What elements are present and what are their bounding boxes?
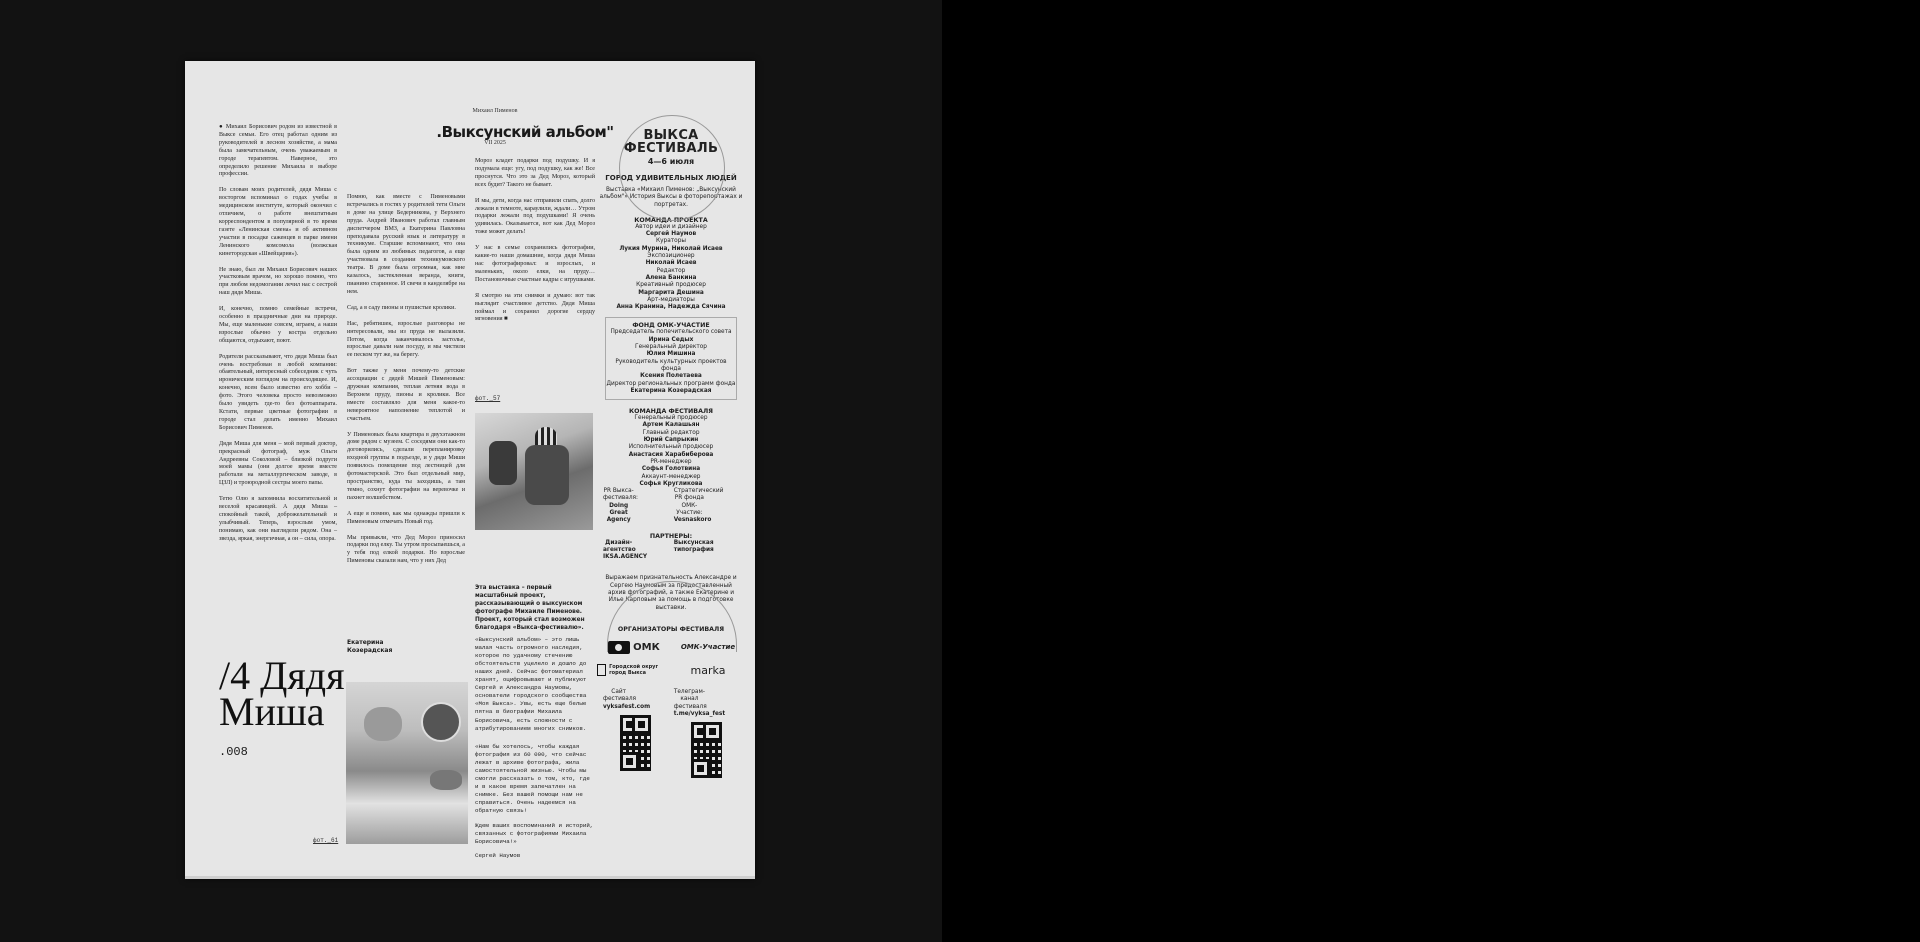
paragraph: У Пименовых была квартира в двухэтажном …: [347, 432, 465, 503]
credit-role: Кураторы: [597, 238, 745, 245]
logo-text: marka: [691, 664, 726, 677]
paragraph: И мы, дети, когда нас отправили спать, д…: [475, 198, 595, 238]
credit-role: Генеральный продюсер: [597, 415, 745, 422]
article-title: /4 Дядя Миша: [219, 658, 345, 730]
paragraph: И, конечно, помню семейные встречи, особ…: [219, 306, 337, 346]
credit-name: Николай Исаев: [597, 260, 745, 267]
qr-finder: [620, 752, 639, 771]
decorative-circle: [619, 115, 725, 221]
festival-team-list: Генеральный продюсер Артем Калашьян Глав…: [597, 415, 745, 524]
crest-icon: [597, 664, 606, 676]
site-link[interactable]: vyksafest.com: [603, 704, 634, 711]
paragraph: Родители рассказывают, что дядя Миша был…: [219, 354, 337, 433]
partner-role: Дизайн-агентство: [603, 540, 634, 555]
photo-detail: [421, 702, 461, 742]
issue-number: .008: [219, 745, 248, 759]
partner-role: Выксунская типография: [674, 540, 705, 555]
credit-role: Редактор: [597, 268, 745, 275]
paragraph: Не знаю, был ли Михаил Борисович наших у…: [219, 267, 337, 299]
intro-lead: Эта выставка – первый масштабный проект,…: [475, 584, 595, 633]
photo-detail: [364, 707, 402, 741]
photo-detail: [525, 445, 569, 505]
project-team-list: Автор идеи и дизайнер Сергей Наумов Кура…: [597, 224, 745, 312]
credit-name: Ирина Седых: [606, 337, 736, 344]
credit-name: Сергей Наумов: [597, 231, 745, 238]
marka-logo: marka: [671, 664, 745, 677]
paragraph: По словам моих родителей, дядя Миша с во…: [219, 187, 337, 258]
credit-name: Софья Голотвина: [597, 466, 745, 473]
festival-links: Сайт фестиваля vyksafest.com Телеграм-ка…: [597, 689, 745, 778]
partners-list: Дизайн-агентство IKSA.AGENCY Выксунская …: [597, 540, 745, 562]
credit-role: Руководитель культурных проектов фонда: [606, 359, 736, 374]
credit-role: Креативный продюсер: [597, 282, 745, 289]
intro-signature: Сергей Наумов: [475, 852, 595, 860]
paragraph: Тетю Олю я запомнила восхитительной и ве…: [219, 496, 337, 543]
paragraph: Дядя Миша для меня – мой первый доктор, …: [219, 441, 337, 488]
paragraph: А еще я помню, как мы однажды пришли к П…: [347, 511, 465, 527]
credit-role: Главный редактор: [597, 430, 745, 437]
telegram-link[interactable]: t.me/vyksa_fest: [674, 711, 705, 718]
credit-name: Анна Кранина, Надежда Сячина: [597, 304, 745, 311]
credit-name: Екатерина Козерадская: [606, 388, 736, 395]
credit-role: PR Выкса-фестиваля:: [603, 488, 634, 503]
paragraph: Я смотрю на эти снимки и думаю: вот так …: [475, 293, 595, 325]
photo-detail: [535, 427, 557, 445]
article-title-line-2: Миша: [219, 694, 345, 730]
photo-detail: [430, 770, 462, 790]
credit-role: Арт-медиаторы: [597, 297, 745, 304]
article-column-1: ● Михаил Борисович родом из известной в …: [219, 124, 337, 552]
foundation-list: Председатель попечительского совета Ирин…: [606, 329, 736, 395]
credit-name: Ксения Полетаева: [606, 373, 736, 380]
article-column-2: Помню, как вместе с Пименовыми встречали…: [347, 194, 465, 574]
credit-role: Директор региональных программ фонда: [606, 381, 736, 388]
credit-name: Юлия Мишина: [606, 351, 736, 358]
photo-caption-61: фот._61: [313, 837, 338, 844]
qr-finder: [703, 722, 722, 741]
site-label: Сайт фестиваля: [603, 689, 634, 704]
paragraph: ● Михаил Борисович родом из известной в …: [219, 124, 337, 179]
newspaper-page: Михаил Пименов .Выксунский альбом" VII 2…: [185, 61, 755, 879]
credit-name: Doing Great Agency: [603, 503, 634, 525]
photo-trumpet-boy: [346, 682, 468, 844]
festival-sidebar: ВЫКСА ФЕСТИВАЛЬ 4—6 июля ГОРОД УДИВИТЕЛЬ…: [597, 121, 745, 778]
paragraph: Помню, как вместе с Пименовыми встречали…: [347, 194, 465, 297]
qr-code-telegram[interactable]: [691, 722, 722, 778]
credit-name: Vesnaskoro: [674, 517, 705, 524]
paragraph: Нас, ребятишек, взрослые разговоры не ин…: [347, 321, 465, 361]
qr-finder: [632, 715, 651, 734]
credit-role: Председатель попечительского совета: [606, 329, 736, 336]
paragraph: Мы привыкли, что Дед Мороз приносил пода…: [347, 535, 465, 567]
intro-quote: «Нам бы хотелось, чтобы каждая фотографи…: [475, 743, 595, 816]
foundation-heading: ФОНД ОМК-УЧАСТИЕ: [606, 322, 736, 329]
exhibition-intro: Эта выставка – первый масштабный проект,…: [475, 584, 595, 863]
credit-role: Аккаунт-менеджер: [597, 474, 745, 481]
credit-name: Анастасия Харабиберова: [597, 452, 745, 459]
pr-agencies: PR Выкса-фестиваля: Doing Great Agency С…: [597, 488, 745, 524]
qr-finder: [691, 759, 710, 778]
photo-children-bicycles: [475, 413, 593, 530]
intro-quote-2: Ждем ваших воспоминаний и историй, связа…: [475, 822, 595, 846]
paragraph: Мороз кладет подарки под подушку. И я по…: [475, 158, 595, 190]
credit-name: Артем Калашьян: [597, 422, 745, 429]
paragraph: Сад, а в саду пионы и пушистые кролики.: [347, 305, 465, 313]
credit-role: Генеральный директор: [606, 344, 736, 351]
masthead-date: VII 2025: [455, 140, 535, 146]
vyksa-district-logo: Городской округ город Выкса: [597, 664, 671, 676]
partners-heading: ПАРТНЕРЫ:: [597, 533, 745, 540]
credit-role: Исполнительный продюсер: [597, 444, 745, 451]
credit-name: Софья Кругликова: [597, 481, 745, 488]
article-author: Екатерина Козерадская: [347, 639, 427, 655]
omk-mark-icon: [608, 641, 630, 654]
credit-role: Стратегический PR фонда ОМК-Участие:: [674, 488, 705, 517]
partner-name: IKSA.AGENCY: [603, 554, 634, 561]
foundation-box: ФОНД ОМК-УЧАСТИЕ Председатель попечитель…: [605, 317, 737, 400]
logo-text: Городской округ город Выкса: [609, 664, 671, 676]
qr-code-site[interactable]: [620, 715, 651, 771]
article-column-3: Мороз кладет подарки под подушку. И я по…: [475, 158, 595, 332]
photo-caption-57: фот._57: [475, 395, 500, 402]
paragraph: Вот также у меня почему-то детские ассоц…: [347, 368, 465, 423]
photo-detail: [489, 441, 517, 485]
masthead-author: Михаил Пименов: [455, 108, 535, 115]
intro-body: «Выксунский альбом» – это лишь малая час…: [475, 636, 595, 733]
credit-name: Лукия Мурина, Николай Исаев: [597, 246, 745, 253]
telegram-label: Телеграм-канал фестиваля: [674, 689, 705, 711]
paragraph: У нас в семье сохранились фотографии, ка…: [475, 245, 595, 285]
credit-name: Маргарита Дешина: [597, 290, 745, 297]
